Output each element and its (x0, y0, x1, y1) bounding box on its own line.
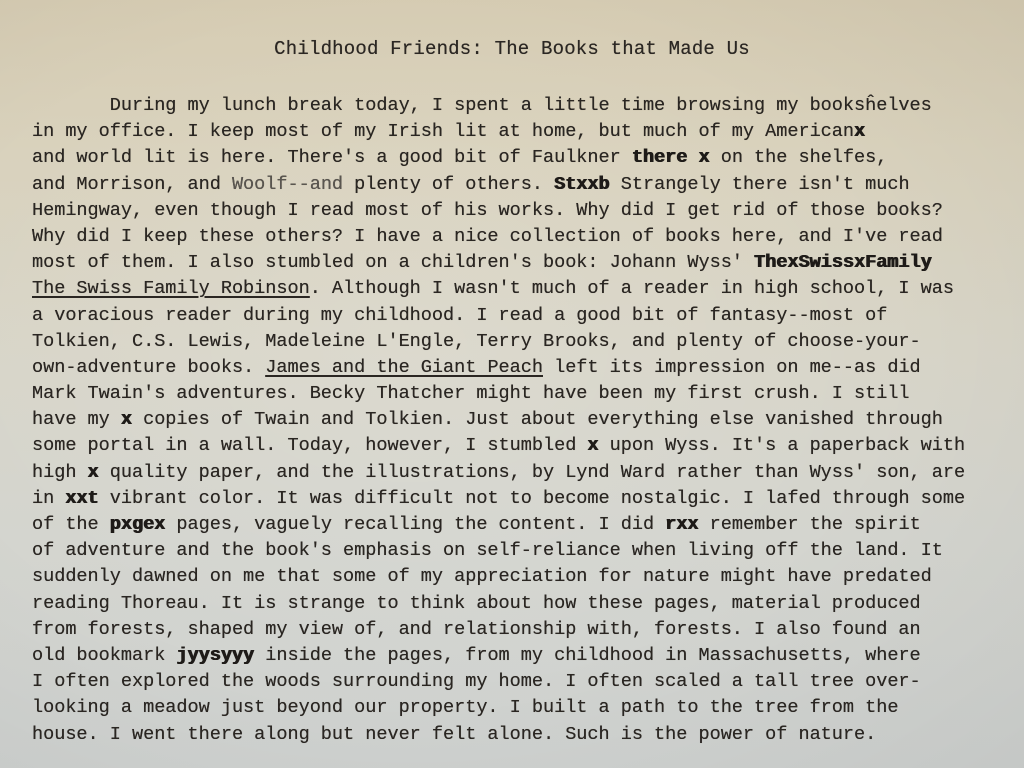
struck-out-text: jyysyyy (176, 645, 254, 666)
text-line: from forests, shaped my view of, and rel… (32, 617, 1012, 643)
text-segment: plenty of others. (343, 174, 554, 195)
text-segment: on the shelfes, (710, 147, 888, 168)
text-segment: Hemingway, even though I read most of hi… (32, 200, 943, 221)
text-segment: I often explored the woods surrounding m… (32, 671, 921, 692)
text-line: Mark Twain's adventures. Becky Thatcher … (32, 381, 1012, 407)
text-segment: During my lunch break today, I spent a l… (32, 95, 932, 116)
text-line: Why did I keep these others? I have a ni… (32, 224, 1012, 250)
text-line: I often explored the woods surrounding m… (32, 669, 1012, 695)
text-line: in my office. I keep most of my Irish li… (32, 119, 1012, 145)
text-line: old bookmark jyysyyy inside the pages, f… (32, 643, 1012, 669)
text-segment: remember the spirit (699, 514, 921, 535)
text-segment: have my (32, 409, 121, 430)
text-segment: upon Wyss. It's a paperback with (599, 435, 966, 456)
text-segment: and world lit is here. There's a good bi… (32, 147, 632, 168)
text-segment: Strangely there isn't much (610, 174, 910, 195)
text-segment: Why did I keep these others? I have a ni… (32, 226, 943, 247)
struck-out-text: xxt (65, 488, 98, 509)
text-line: some portal in a wall. Today, however, I… (32, 433, 1012, 459)
struck-out-text: rxx (665, 514, 698, 535)
text-segment: high (32, 462, 88, 483)
text-segment: some portal in a wall. Today, however, I… (32, 435, 587, 456)
typewritten-body: During my lunch break today, I spent a l… (32, 93, 1012, 748)
text-line: reading Thoreau. It is strange to think … (32, 591, 1012, 617)
text-segment: vibrant color. It was difficult not to b… (99, 488, 965, 509)
text-segment: Mark Twain's adventures. Becky Thatcher … (32, 383, 910, 404)
document-title: Childhood Friends: The Books that Made U… (0, 38, 1024, 60)
text-line: a voracious reader during my childhood. … (32, 303, 1012, 329)
text-line: Hemingway, even though I read most of hi… (32, 198, 1012, 224)
text-line: own-adventure books. James and the Giant… (32, 355, 1012, 381)
text-line: in xxt vibrant color. It was difficult n… (32, 486, 1012, 512)
text-segment: of the (32, 514, 110, 535)
underlined-title: The Swiss Family Robinson (32, 278, 310, 299)
text-segment: reading Thoreau. It is strange to think … (32, 593, 921, 614)
underlined-title: James and the Giant Peach (265, 357, 543, 378)
text-segment: of adventure and the book's emphasis on … (32, 540, 943, 561)
text-segment: inside the pages, from my childhood in M… (254, 645, 921, 666)
text-segment: house. I went there along but never felt… (32, 724, 876, 745)
struck-out-text: x (587, 435, 598, 456)
text-line: and Morrison, and Woolf--and plenty of o… (32, 172, 1012, 198)
text-segment: a voracious reader during my childhood. … (32, 305, 887, 326)
text-line: of adventure and the book's emphasis on … (32, 538, 1012, 564)
text-line: most of them. I also stumbled on a child… (32, 250, 1012, 276)
text-segment: copies of Twain and Tolkien. Just about … (132, 409, 943, 430)
struck-out-text: x (88, 462, 99, 483)
text-line: During my lunch break today, I spent a l… (32, 93, 1012, 119)
struck-out-text: ThexSwissxFamily (754, 252, 932, 273)
text-segment: in my office. I keep most of my Irish li… (32, 121, 854, 142)
text-segment: pages, vaguely recalling the content. I … (165, 514, 665, 535)
text-line: The Swiss Family Robinson. Although I wa… (32, 276, 1012, 302)
struck-out-text: Stxxb (554, 174, 610, 195)
struck-out-text: x (854, 121, 865, 142)
struck-out-text: there x (632, 147, 710, 168)
text-segment: and Morrison, and (32, 174, 232, 195)
faint-text: Woolf--and (232, 174, 343, 195)
text-segment: old bookmark (32, 645, 176, 666)
text-line: of the pxgex pages, vaguely recalling th… (32, 512, 1012, 538)
text-line: and world lit is here. There's a good bi… (32, 145, 1012, 171)
text-segment: left its impression on me--as did (543, 357, 921, 378)
text-segment: from forests, shaped my view of, and rel… (32, 619, 921, 640)
struck-out-text: pxgex (110, 514, 166, 535)
text-line: house. I went there along but never felt… (32, 722, 1012, 748)
text-segment: suddenly dawned on me that some of my ap… (32, 566, 932, 587)
text-line: suddenly dawned on me that some of my ap… (32, 564, 1012, 590)
text-segment: quality paper, and the illustrations, by… (99, 462, 965, 483)
text-line: Tolkien, C.S. Lewis, Madeleine L'Engle, … (32, 329, 1012, 355)
text-segment: most of them. I also stumbled on a child… (32, 252, 754, 273)
text-line: high x quality paper, and the illustrati… (32, 460, 1012, 486)
text-segment: . Although I wasn't much of a reader in … (310, 278, 954, 299)
text-segment: looking a meadow just beyond our propert… (32, 697, 898, 718)
text-line: looking a meadow just beyond our propert… (32, 695, 1012, 721)
text-line: have my x copies of Twain and Tolkien. J… (32, 407, 1012, 433)
text-segment: Tolkien, C.S. Lewis, Madeleine L'Engle, … (32, 331, 921, 352)
text-segment: in (32, 488, 65, 509)
struck-out-text: x (121, 409, 132, 430)
text-segment: own-adventure books. (32, 357, 265, 378)
